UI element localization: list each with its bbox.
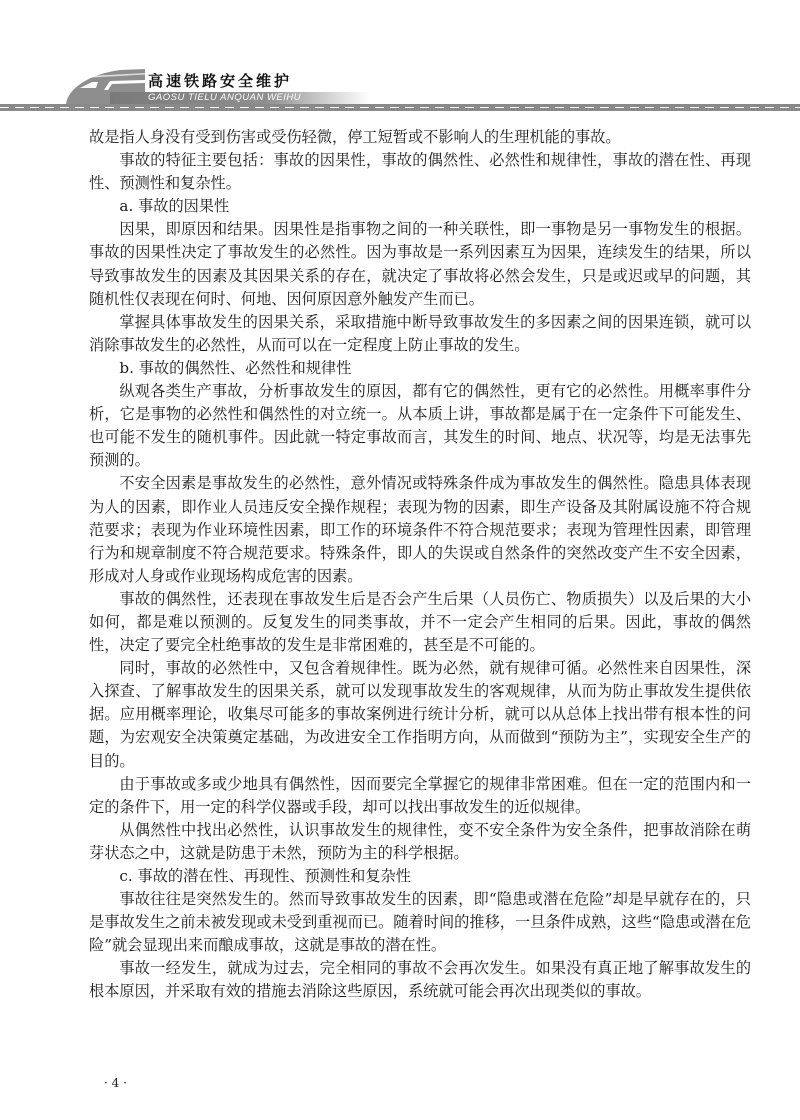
paragraph: 由于事故或多或少地具有偶然性，因而要完全掌握它的规律非常困难。但在一定的范围内和… (89, 773, 751, 819)
book-title: 高速铁路安全维护 (148, 70, 292, 91)
paragraph: 故是指人身没有受到伤害或受伤轻微，停工短暂或不影响人的生理机能的事故。 (89, 126, 751, 149)
paragraph: 事故的偶然性，还表现在事故发生后是否会产生后果（人员伤亡、物质损失）以及后果的大… (89, 588, 751, 657)
paragraph: 因果，即原因和结果。因果性是指事物之间的一种关联性，即一事物是另一事物发生的根据… (89, 218, 751, 310)
section-heading: b. 事故的偶然性、必然性和规律性 (89, 357, 751, 380)
book-subtitle: GAOSU TIELU ANQUAN WEIHU (148, 92, 301, 104)
paragraph: 事故往往是突然发生的。然而导致事故发生的因素，即“隐患或潜在危险”却是早就存在的… (89, 888, 751, 957)
page-number: · 4 · (104, 1076, 127, 1090)
paragraph: 从偶然性中找出必然性，认识事故发生的规律性，变不安全条件为安全条件，把事故消除在… (89, 819, 751, 865)
section-heading: a. 事故的因果性 (89, 195, 751, 218)
running-header: 高速铁路安全维护 GAOSU TIELU ANQUAN WEIHU (0, 0, 800, 120)
section-heading: c. 事故的潜在性、再现性、预测性和复杂性 (89, 865, 751, 888)
paragraph: 事故的特征主要包括：事故的因果性，事故的偶然性、必然性和规律性，事故的潜在性、再… (89, 149, 751, 195)
paragraph: 不安全因素是事故发生的必然性，意外情况或特殊条件成为事故发生的偶然性。隐患具体表… (89, 472, 751, 587)
paragraph: 掌握具体事故发生的因果关系，采取措施中断导致事故发生的多因素之间的因果连锁，就可… (89, 311, 751, 357)
rail-dash-line (0, 107, 800, 108)
paragraph: 纵观各类生产事故，分析事故发生的原因，都有它的偶然性，更有它的必然性。用概率事件… (89, 380, 751, 472)
paragraph: 事故一经发生，就成为过去，完全相同的事故不会再次发生。如果没有真正地了解事故发生… (89, 957, 751, 1003)
paragraph: 同时，事故的必然性中，又包含着规律性。既为必然，就有规律可循。必然性来自因果性，… (89, 657, 751, 772)
body-text: 故是指人身没有受到伤害或受伤轻微，停工短暂或不影响人的生理机能的事故。 事故的特… (89, 126, 751, 1004)
